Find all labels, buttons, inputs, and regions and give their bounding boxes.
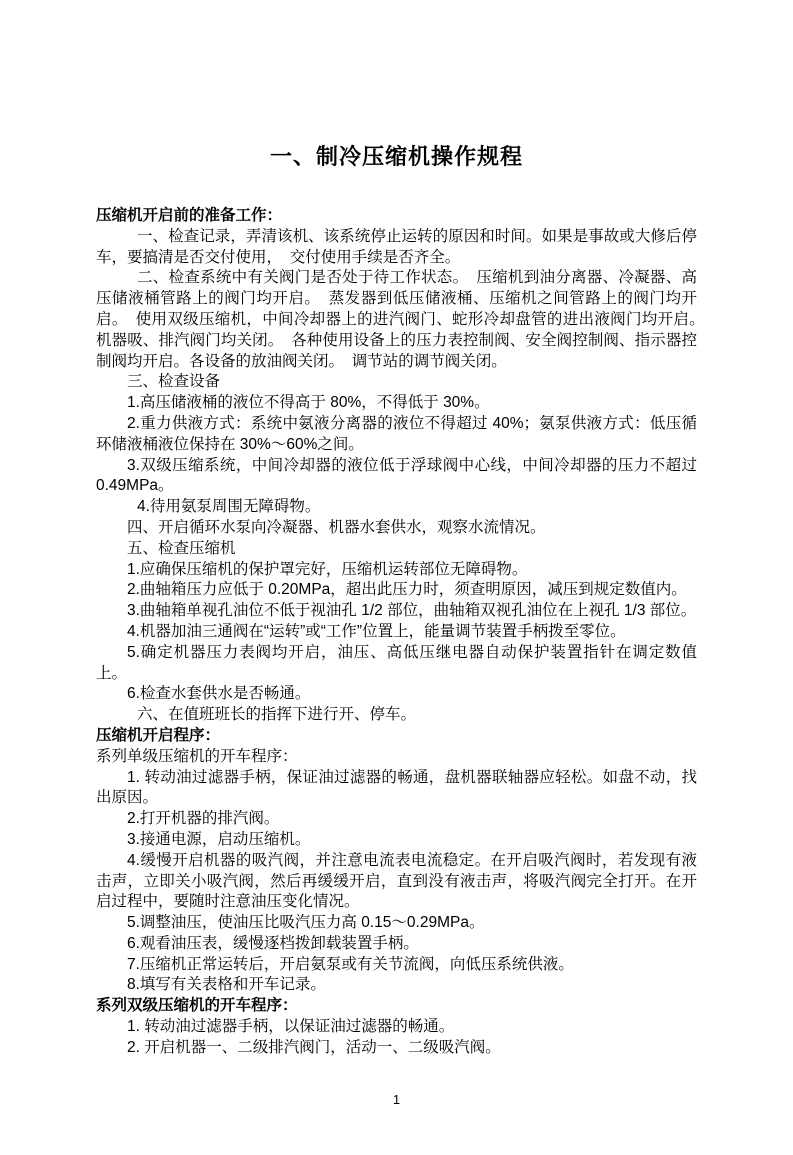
subheading-single-stage: 系列单级压缩机的开车程序： [96, 747, 697, 768]
paragraph: 2.重力供液方式：系统中氨液分离器的液位不得超过 40%；氨泵供液方式：低压循环… [96, 414, 697, 456]
paragraph: 2.曲轴箱压力应低于 0.20MPa，超出此压力时，须查明原因，减压到规定数值内… [96, 580, 697, 601]
paragraph: 7.压缩机正常运转后，开启氨泵或有关节流阀，向低压系统供液。 [96, 955, 697, 976]
document-title: 一、制冷压缩机操作规程 [0, 141, 793, 172]
paragraph: 8.填写有关表格和开车记录。 [96, 975, 697, 996]
paragraph: 1.高压储液桶的液位不得高于 80%，不得低于 30%。 [96, 393, 697, 414]
paragraph: 3.双级压缩系统，中间冷却器的液位低于浮球阀中心线，中间冷却器的压力不超过 0.… [96, 456, 697, 498]
paragraph: 2.打开机器的排汽阀。 [96, 809, 697, 830]
paragraph: 6.观看油压表，缓慢逐档拨卸载装置手柄。 [96, 934, 697, 955]
paragraph: 1.应确保压缩机的保护罩完好，压缩机运转部位无障碍物。 [96, 560, 697, 581]
document-page: 一、制冷压缩机操作规程 压缩机开启前的准备工作： 一、检查记录，弄清该机、该系统… [0, 0, 793, 1155]
paragraph: 六、在值班班长的指挥下进行开、停车。 [96, 705, 697, 726]
heading-start-procedure: 压缩机开启程序： [96, 726, 697, 747]
paragraph: 5.确定机器压力表阀均开启，油压、高低压继电器自动保护装置指针在调定数值上。 [96, 643, 697, 685]
paragraph: 1. 转动油过滤器手柄，保证油过滤器的畅通，盘机器联轴器应轻松。如盘不动，找出原… [96, 768, 697, 810]
heading-two-stage-procedure: 系列双级压缩机的开车程序： [96, 996, 697, 1017]
paragraph: 2. 开启机器一、二级排汽阀门，活动一、二级吸汽阀。 [96, 1038, 697, 1059]
paragraph: 1. 转动油过滤器手柄，以保证油过滤器的畅通。 [96, 1017, 697, 1038]
paragraph: 一、检查记录，弄清该机、该系统停止运转的原因和时间。如果是事故或大修后停车，要搞… [96, 227, 697, 269]
paragraph: 5.调整油压，使油压比吸汽压力高 0.15～0.29MPa。 [96, 913, 697, 934]
paragraph: 6.检查水套供水是否畅通。 [96, 684, 697, 705]
paragraph: 4.缓慢开启机器的吸汽阀，并注意电流表电流稳定。在开启吸汽阀时，若发现有液击声，… [96, 851, 697, 913]
paragraph: 三、检查设备 [96, 372, 697, 393]
heading-preparation: 压缩机开启前的准备工作： [96, 206, 697, 227]
paragraph: 3.曲轴箱单视孔油位不低于视油孔 1/2 部位，曲轴箱双视孔油位在上视孔 1/3… [96, 601, 697, 622]
paragraph: 4.待用氨泵周围无障碍物。 [96, 497, 697, 518]
paragraph: 四、开启循环水泵向冷凝器、机器水套供水，观察水流情况。 [96, 518, 697, 539]
document-body: 压缩机开启前的准备工作： 一、检查记录，弄清该机、该系统停止运转的原因和时间。如… [96, 206, 697, 1059]
paragraph: 3.接通电源，启动压缩机。 [96, 830, 697, 851]
page-number: 1 [0, 1091, 793, 1109]
paragraph: 二、检查系统中有关阀门是否处于待工作状态。 压缩机到油分离器、冷凝器、高压储液桶… [96, 268, 697, 372]
paragraph: 4.机器加油三通阀在“运转”或“工作”位置上，能量调节装置手柄拨至零位。 [96, 622, 697, 643]
paragraph: 五、检查压缩机 [96, 539, 697, 560]
